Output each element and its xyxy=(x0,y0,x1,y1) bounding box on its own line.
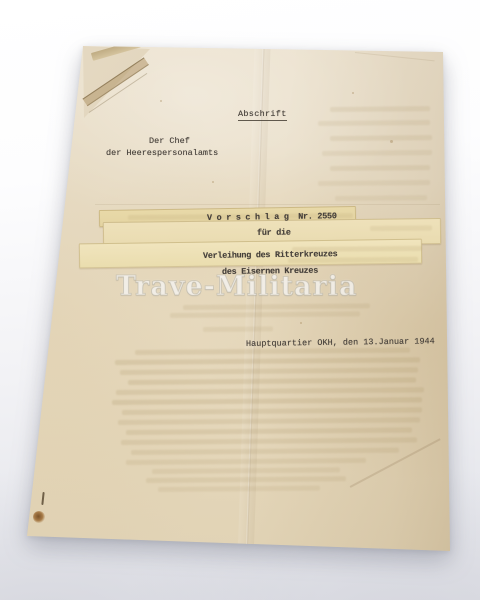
ghost-text-line xyxy=(131,448,399,455)
paper-speck xyxy=(352,92,354,94)
product-photo: Abschrift Der Chef der Heerespersonalamt… xyxy=(0,0,480,600)
ghost-text-line xyxy=(152,467,340,473)
ink-mark xyxy=(41,492,44,505)
paper-speck xyxy=(390,140,393,143)
ghost-text-line xyxy=(115,357,420,364)
ghost-text-line xyxy=(126,428,412,435)
ghost-text-line xyxy=(330,165,430,170)
ghost-text-line xyxy=(170,311,360,317)
diagonal-crease-top xyxy=(355,52,435,61)
ghost-text-line xyxy=(370,225,432,230)
ghost-text-line xyxy=(330,106,430,111)
ghost-text-line xyxy=(118,417,420,424)
ghost-text-line xyxy=(122,407,422,414)
ghost-text-line xyxy=(112,397,422,404)
proposal-number-line: V o r s c h l a g Nr. 2550 xyxy=(207,211,337,223)
paper-speck xyxy=(212,181,214,183)
paper-speck xyxy=(160,100,162,102)
ghost-text-line xyxy=(121,437,417,444)
proposal-fuer-die-line: für die xyxy=(257,228,291,238)
ghost-text-line xyxy=(120,367,418,374)
ghost-text-line xyxy=(203,326,273,331)
ghost-text-line xyxy=(318,120,430,125)
document-heading: Abschrift xyxy=(238,109,287,121)
rust-stain xyxy=(33,511,45,523)
ghost-text-line xyxy=(318,180,430,185)
ghost-text-line xyxy=(183,303,370,309)
paper-speck xyxy=(300,322,302,324)
ghost-text-line xyxy=(335,195,427,200)
sender-line-2: der Heerespersonalamts xyxy=(106,148,218,158)
ghost-text-line xyxy=(322,150,432,155)
ghost-text-line xyxy=(128,377,416,384)
sender-line-1: Der Chef xyxy=(149,136,190,146)
diagonal-crease-bottom xyxy=(350,438,441,487)
horizontal-crease xyxy=(95,204,440,205)
ghost-text-line xyxy=(116,387,424,394)
ghost-text-line xyxy=(330,135,432,140)
award-line-1: Verleihung des Ritterkreuzes xyxy=(203,249,338,261)
ghost-text-line xyxy=(146,476,346,482)
ghost-text-line xyxy=(158,486,320,492)
watermark-text: Trave-Militaria xyxy=(116,271,358,302)
